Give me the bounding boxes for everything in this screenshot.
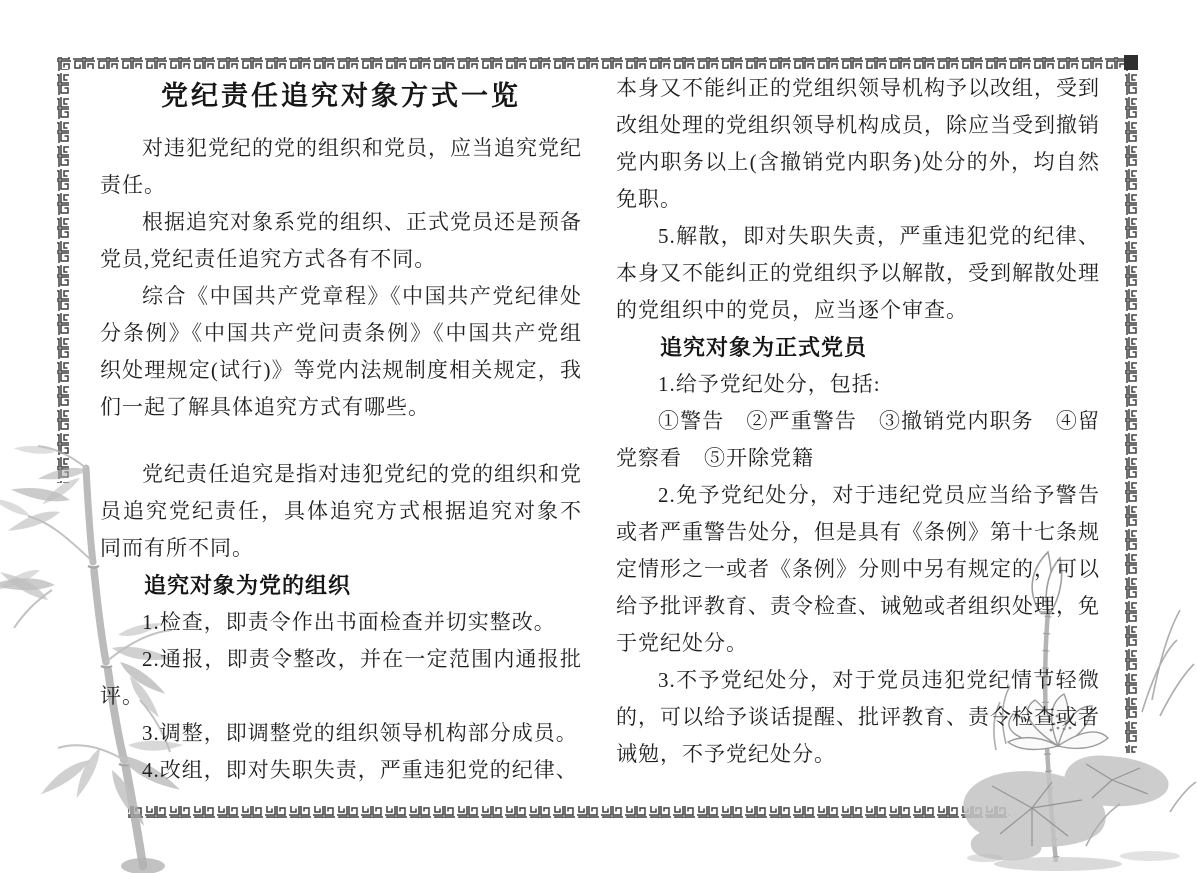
list-item-org-1: 1.检查，即责令作出书面检查并切实整改。 (100, 604, 582, 641)
paragraph-definition: 党纪责任追究是指对违犯党纪的党的组织和党员追究党纪责任，具体追究方式根据追究对象… (100, 456, 582, 567)
right-column: 本身又不能纠正的党组织领导机构予以改组，受到改组处理的党组织领导机构成员，除应当… (616, 70, 1100, 773)
paragraph-intro-3: 综合《中国共产党章程》《中国共产党纪律处分条例》《中国共产党问责条例》《中国共产… (100, 278, 582, 426)
page-title: 党纪责任追究对象方式一览 (100, 74, 582, 118)
list-item-org-3: 3.调整，即调整党的组织领导机构部分成员。 (100, 715, 582, 752)
list-item-org-2: 2.通报，即责令整改，并在一定范围内通报批评。 (100, 641, 582, 715)
list-item-member-1: 1.给予党纪处分，包括: (616, 366, 1100, 403)
border-right (1125, 69, 1137, 753)
border-top (57, 57, 1137, 69)
list-item-member-2: 2.免予党纪处分，对于违纪党员应当给予警告或者严重警告处分，但是具有《条例》第十… (616, 477, 1100, 662)
border-corner-ornament (1124, 55, 1138, 70)
section-heading-party-organization: 追究对象为党的组织 (100, 567, 582, 604)
paragraph-item4-continuation: 本身又不能纠正的党组织领导机构予以改组，受到改组处理的党组织领导机构成员，除应当… (616, 70, 1100, 218)
border-bottom (128, 806, 1010, 818)
list-item-member-1-options: ①警告 ②严重警告 ③撤销党内职务 ④留党察看 ⑤开除党籍 (616, 403, 1100, 477)
border-left (57, 69, 69, 483)
left-column: 党纪责任追究对象方式一览 对违犯党纪的党的组织和党员，应当追究党纪责任。 根据追… (100, 74, 582, 789)
list-item-org-4: 4.改组，即对失职失责，严重违犯党的纪律、 (100, 752, 582, 789)
list-item-org-5: 5.解散，即对失职失责，严重违犯党的纪律、本身又不能纠正的党组织予以解散，受到解… (616, 218, 1100, 329)
section-heading-formal-member: 追究对象为正式党员 (616, 329, 1100, 366)
paragraph-intro-2: 根据追究对象系党的组织、正式党员还是预备党员,党纪责任追究方式各有不同。 (100, 204, 582, 278)
paragraph-intro-1: 对违犯党纪的党的组织和党员，应当追究党纪责任。 (100, 130, 582, 204)
list-item-member-3: 3.不予党纪处分，对于党员违犯党纪情节轻微的，可以给予谈话提醒、批评教育、责令检… (616, 662, 1100, 773)
